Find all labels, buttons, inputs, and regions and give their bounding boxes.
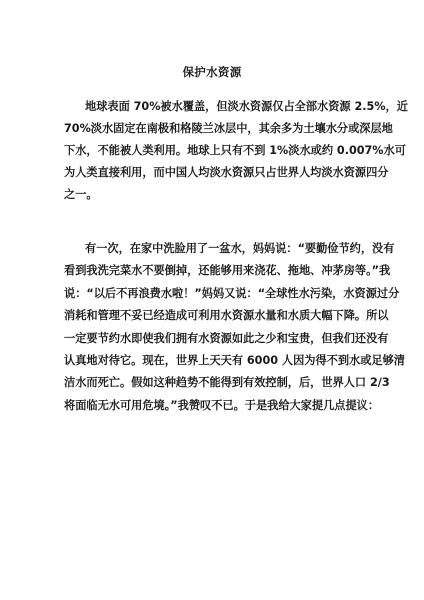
- document-title: 保护水资源: [0, 64, 424, 80]
- text-line: 消耗和管理不妥已经造成可利用水资源水量和水质大幅下降。所以: [64, 305, 362, 327]
- text-line: 下水，不能被人类利用。地球上只有不到 1%淡水或约 0.007%水可: [64, 140, 362, 162]
- text-line: 70%淡水固定在南极和格陵兰冰层中，其余多为土壤水分或深层地: [64, 118, 362, 140]
- text-line: 地球表面 70%被水覆盖，但淡水资源仅占全部水资源 2.5%，近: [64, 96, 362, 118]
- text-line: 将面临无水可用危境。”我赞叹不已。于是我给大家提几点提议：: [64, 395, 362, 417]
- text-line: 说：“以后不再浪费水啦！”妈妈又说：“全球性水污染，水资源过分: [64, 283, 362, 305]
- paragraph-freshwater-facts: 地球表面 70%被水覆盖，但淡水资源仅占全部水资源 2.5%，近 70%淡水固定…: [64, 96, 362, 206]
- text-line: 认真地对待它。现在，世界上天天有 6000 人因为得不到水或足够清: [64, 350, 362, 372]
- paragraph-story: 有一次，在家中洗脸用了一盆水，妈妈说：“要勤俭节约，没有 看到我洗完菜水不要倒掉…: [64, 238, 362, 417]
- text-line: 洁水而死亡。假如这种趋势不能得到有效控制，后，世界人口 2/3: [64, 372, 362, 394]
- document-page: 保护水资源 地球表面 70%被水覆盖，但淡水资源仅占全部水资源 2.5%，近 7…: [0, 0, 424, 600]
- text-line: 看到我洗完菜水不要倒掉，还能够用来浇花、拖地、冲茅房等。”我: [64, 260, 362, 282]
- text-line: 为人类直接利用，而中国人均淡水资源只占世界人均淡水资源四分: [64, 162, 362, 184]
- text-line: 一定要节约水即使我们拥有水资源如此之少和宝贵，但我们还没有: [64, 328, 362, 350]
- text-line: 有一次，在家中洗脸用了一盆水，妈妈说：“要勤俭节约，没有: [64, 238, 362, 260]
- text-line: 之一。: [64, 184, 362, 206]
